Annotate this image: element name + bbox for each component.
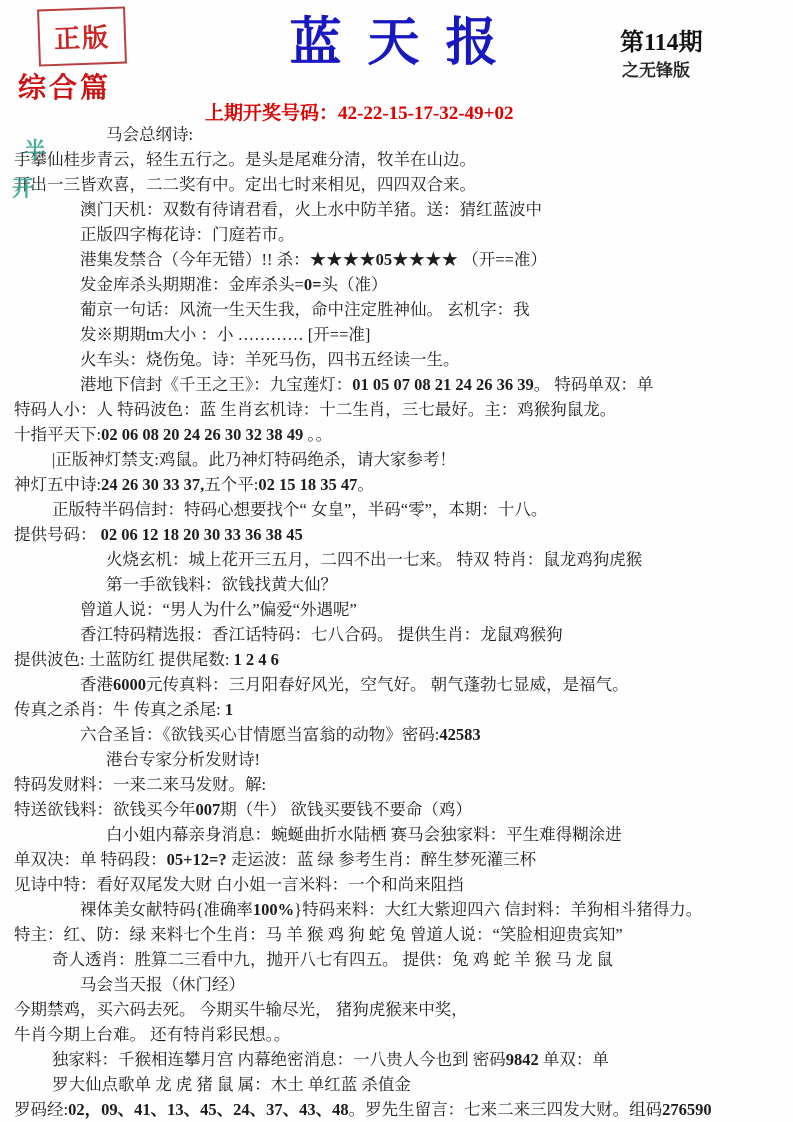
text-line: 特码发财料：一来二来马发财。解: (0, 772, 793, 797)
text-line: 今期禁鸡，买六码去死。 今期买牛输尽光， 猪狗虎猴来中奖， (0, 997, 793, 1022)
tips-text-block: 马会总纲诗:手攀仙桂步青云，轻生五行之。是头是尾难分清，牧羊在山边。开出一三皆欢… (0, 122, 793, 1122)
text-line: 手攀仙桂步青云，轻生五行之。是头是尾难分清，牧羊在山边。 (0, 147, 793, 172)
text-line: 马会当天报（休门经） (0, 972, 793, 997)
text-line: 葡京一句话：风流一生天生我，命中注定胜神仙。 玄机字：我 (0, 297, 793, 322)
text-line: 发※期期tm大小 ：小 ………… [开==准] (0, 322, 793, 347)
text-line: 六合圣旨：《欲钱买心甘情愿当富翁的动物》密码:42583 (0, 722, 793, 747)
text-line: 火车头：烧伤兔。诗：羊死马伤，四书五经读一生。 (0, 347, 793, 372)
text-line: 开出一三皆欢喜，二二奖有中。定出七时来相见，四四双合来。 (0, 172, 793, 197)
text-line: 香江特码精选报：香江话特码：七八合码。 提供生肖：龙鼠鸡猴狗 (0, 622, 793, 647)
last-draw-numbers: 上期开奖号码：42-22-15-17-32-49+02 (205, 98, 513, 125)
text-line: 曾道人说：“男人为什么”偏爱“外遇呢” (0, 597, 793, 622)
text-line: 罗大仙点歌单 龙 虎 猪 鼠 属：木土 单红蓝 杀值金 (0, 1072, 793, 1097)
text-line: 提供号码： 02 06 12 18 20 30 33 36 38 45 (0, 522, 793, 547)
text-line: 独家料：千猴相连攀月宫 内幕绝密消息：一八贵人今也到 密码9842 单双：单 (0, 1047, 793, 1072)
text-line: 特主：红、防：绿 来料七个生肖：马 羊 猴 鸡 狗 蛇 兔 曾道人说：“笑脸相迎… (0, 922, 793, 947)
text-line: 正版特半码信封：特码心想要找个“ 女皇”，半码“零”，本期：十八。 (0, 497, 793, 522)
text-line: 奇人透肖：胜算二三看中九，抛开八七有四五。 提供：兔 鸡 蛇 羊 猴 马 龙 鼠 (0, 947, 793, 972)
text-line: 牛肖今期上台难。 还有特肖彩民想。。 (0, 1022, 793, 1047)
paper-title: 蓝天报 (269, 0, 523, 75)
text-line: 传真之杀肖：牛 传真之杀尾: 1 (0, 697, 793, 722)
newspaper-page: 正版 蓝天报 第114期 之无锋版 综合篇 上期开奖号码：42-22-15-17… (0, 0, 793, 1122)
authentic-badge: 正版 (37, 6, 127, 66)
text-line: 罗码经:02，09、41、13、45、24、37、43、48。罗先生留言：七来二… (0, 1097, 793, 1122)
text-line: 港地下信封《千王之王》：九宝莲灯：01 05 07 08 21 24 26 36… (0, 372, 793, 397)
text-line: 正版四字梅花诗：门庭若市。 (0, 222, 793, 247)
text-line: 裸体美女献特码{准确率100%}特码来料：大红大紫迎四六 信封料：羊狗相斗猪得力… (0, 897, 793, 922)
text-line: 港集发禁合（今年无错）!! 杀：★★★★05★★★★ （开==准） (0, 247, 793, 272)
text-line: 澳门天机：双数有待请君看，火上水中防羊猪。送：猜红蓝波中 (0, 197, 793, 222)
text-line: 提供波色: 土蓝防红 提供尾数: 1 2 4 6 (0, 647, 793, 672)
edition-label: 之无锋版 (622, 56, 690, 81)
text-line: 十指平天下:02 06 08 20 24 26 30 32 38 49 。。 (0, 422, 793, 447)
text-line: 见诗中特：看好双尾发大财 白小姐一言米料：一个和尚来阻挡 (0, 872, 793, 897)
text-line: 神灯五中诗:24 26 30 33 37,五个平:02 15 18 35 47。 (0, 472, 793, 497)
issue-number: 第114期 (620, 22, 703, 57)
text-line: 特送欲钱料：欲钱买今年007期（牛） 欲钱买要钱不要命（鸡） (0, 797, 793, 822)
section-title: 综合篇 (18, 66, 111, 106)
text-line: 发金库杀头期期准：金库杀头=0=头（准） (0, 272, 793, 297)
text-line: 第一手欲钱料：欲钱找黄大仙？ (0, 572, 793, 597)
text-line: |正版神灯禁支:鸡鼠。此乃神灯特码绝杀，请大家参考！ (0, 447, 793, 472)
text-line: 特码人小：人 特码波色：蓝 生肖玄机诗：十二生肖，三七最好。主：鸡猴狗鼠龙。 (0, 397, 793, 422)
text-line: 马会总纲诗: (0, 122, 793, 147)
text-line: 白小姐内幕亲身消息：蜿蜒曲折水陆栖 赛马会独家料：平生难得糊涂进 (0, 822, 793, 847)
text-line: 火烧玄机：城上花开三五月，二四不出一七来。 特双 特肖：鼠龙鸡狗虎猴 (0, 547, 793, 572)
text-line: 单双决：单 特码段：05+12=? 走运波：蓝 绿 参考生肖：醉生梦死灌三杯 (0, 847, 793, 872)
text-line: 港台专家分析发财诗! (0, 747, 793, 772)
text-line: 香港6000元传真料：三月阳春好风光，空气好。 朝气蓬勃七显威，是福气。 (0, 672, 793, 697)
